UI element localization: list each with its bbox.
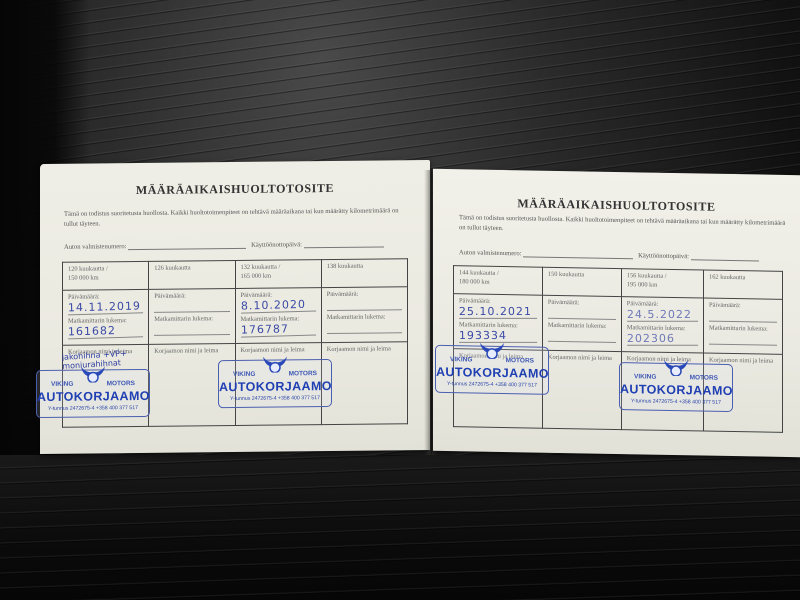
handwritten-date: 14.11.2019 xyxy=(68,299,143,315)
page-title: MÄÄRÄAIKAISHUOLTOTOSITE xyxy=(40,180,430,199)
interval-cell: 150 kuukautta xyxy=(542,267,621,296)
date-odo-cell: Päivämäärä: 8.10.2020 Matkamittarin luke… xyxy=(235,288,321,344)
booklet-right-page: MÄÄRÄAIKAISHUOLTOTOSITE Tämä on todistus… xyxy=(433,169,800,457)
date-odo-cell: Päivämäärä: Matkamittarin lukema: xyxy=(542,295,621,351)
interval-cell: 126 kuukautta xyxy=(149,261,235,290)
shop-cell: Korjaamon nimi ja leima xyxy=(321,342,407,425)
intro-text: Tämä on todistus suoritetusta huollosta.… xyxy=(64,206,414,230)
handwritten-date: 24.5.2022 xyxy=(627,308,698,322)
intro-text: Tämä on todistus suoritetusta huollosta.… xyxy=(459,213,789,239)
interval-cell: 132 kuukautta /165 000 km xyxy=(235,260,321,289)
workshop-stamp: VIKING MOTORS AUTOKORJAAMO Y-tunnus 2472… xyxy=(36,369,150,418)
handwritten-odometer: 202306 xyxy=(627,332,698,346)
handwritten-odometer: 161682 xyxy=(68,323,143,339)
interval-cell: 144 kuukautta /180 000 km xyxy=(454,266,543,296)
start-date-blank xyxy=(691,251,759,261)
vin-field: Auton valmistenumero: Käyttöönottopäivä: xyxy=(64,238,384,250)
viking-helmet-icon xyxy=(79,364,107,382)
date-odo-cell: Päivämäärä: 14.11.2019 Matkamittarin luk… xyxy=(63,289,149,345)
vin-field: Auton valmistenumero: Käyttöönottopäivä: xyxy=(459,247,759,261)
vin-blank xyxy=(523,248,633,259)
workshop-stamp: VIKING MOTORS AUTOKORJAAMO Y-tunnus 2472… xyxy=(619,362,733,412)
vin-blank xyxy=(128,240,246,250)
date-odo-cell: Päivämäärä: 24.5.2022 Matkamittarin luke… xyxy=(621,297,703,353)
workshop-stamp: VIKING MOTORS AUTOKORJAAMO Y-tunnus 2472… xyxy=(435,345,549,395)
booklet-left-page: MÄÄRÄAIKAISHUOLTOTOSITE Tämä on todistus… xyxy=(40,160,430,454)
shop-cell: Korjaamon nimi ja leima xyxy=(542,350,621,429)
handwritten-date: 25.10.2021 xyxy=(459,305,537,319)
date-odo-cell: Päivämäärä: Matkamittarin lukema: xyxy=(704,298,783,354)
start-date-blank xyxy=(304,238,384,248)
viking-helmet-icon xyxy=(662,358,690,376)
date-odo-cell: Päivämäärä: Matkamittarin lukema: xyxy=(149,289,235,345)
workshop-stamp: VIKING MOTORS AUTOKORJAAMO Y-tunnus 2472… xyxy=(218,359,332,408)
interval-cell: 162 kuukautta xyxy=(704,270,783,299)
viking-helmet-icon xyxy=(478,341,506,359)
handwritten-date: 8.10.2020 xyxy=(240,298,315,314)
interval-cell: 120 kuukautta /150 000 km xyxy=(63,261,149,290)
interval-cell: 156 kuukautta /195 000 km xyxy=(621,269,703,298)
seat-cushion xyxy=(0,455,800,600)
interval-cell: 138 kuukautta xyxy=(321,259,407,288)
handwritten-odometer: 176787 xyxy=(240,322,315,338)
date-odo-cell: Päivämäärä: Matkamittarin lukema: xyxy=(321,287,407,343)
viking-helmet-icon xyxy=(261,354,289,372)
